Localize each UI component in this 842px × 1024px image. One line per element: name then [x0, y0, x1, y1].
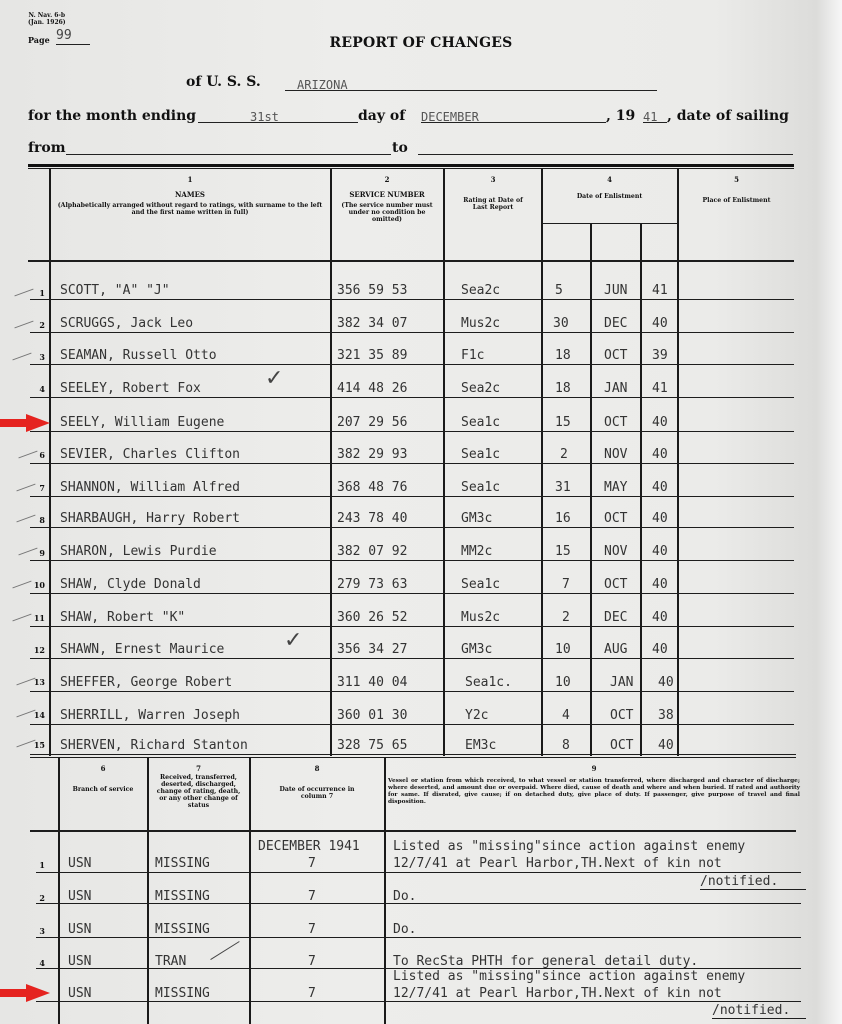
- service-number-cell: 382 34 07: [337, 316, 407, 332]
- enlist-year-cell: 40: [652, 447, 668, 463]
- enlist-month-cell: OCT: [610, 708, 633, 724]
- remark-line: Do.: [393, 889, 416, 904]
- row-number: 2: [31, 893, 45, 903]
- enlist-day-cell: 18: [555, 381, 571, 397]
- checkmark-icon: ✓: [284, 628, 302, 653]
- enlist-day-cell: 15: [555, 415, 571, 431]
- col-title: SERVICE NUMBER: [333, 191, 441, 198]
- service-number-cell: 207 29 56: [337, 415, 407, 431]
- table-top-border: [28, 164, 794, 167]
- service-number-cell: 368 48 76: [337, 480, 407, 496]
- row-line: [30, 496, 794, 497]
- name-cell: SHERRILL, Warren Joseph: [60, 708, 240, 724]
- enlist-month-cell: OCT: [604, 415, 627, 431]
- enlistment-subheader-line: [541, 223, 677, 224]
- report-title: REPORT OF CHANGES: [0, 35, 842, 51]
- name-cell: SHERVEN, Richard Stanton: [60, 738, 248, 754]
- enlist-day-cell: 2: [562, 610, 570, 626]
- enlist-day-cell: 15: [555, 544, 571, 560]
- col-header-names: 1 NAMES (Alphabetically arranged without…: [52, 176, 328, 216]
- tick-mark-icon: [12, 353, 31, 361]
- row-line: [30, 397, 794, 398]
- month-value: DECEMBER: [421, 110, 479, 124]
- row-line: [30, 691, 794, 692]
- enlist-year-cell: 40: [652, 480, 668, 496]
- enlist-year-cell: 40: [652, 577, 668, 593]
- name-cell: SEELY, William Eugene: [60, 415, 224, 431]
- upper-table-bottom: [30, 754, 796, 755]
- rating-cell: Mus2c: [461, 316, 500, 332]
- enlist-day-cell: 8: [562, 738, 570, 754]
- date-month-header: DECEMBER 1941: [258, 839, 360, 855]
- row-line: [36, 872, 801, 873]
- enlist-year-cell: 38: [658, 708, 674, 724]
- row-line: [30, 527, 794, 528]
- col-note: (The service number must under no condit…: [333, 202, 441, 223]
- enlist-year-cell: 40: [652, 415, 668, 431]
- day-field: 31st: [198, 106, 358, 123]
- enlist-month-cell: DEC: [604, 316, 627, 332]
- row-line: [30, 463, 794, 464]
- branch-cell: USN: [68, 922, 91, 938]
- service-number-cell: 311 40 04: [337, 675, 407, 691]
- row-number: 2: [31, 320, 45, 330]
- name-cell: SHAW, Clyde Donald: [60, 577, 201, 593]
- enlist-month-cell: NOV: [604, 544, 627, 560]
- rating-cell: Sea1c: [461, 447, 500, 463]
- row-number: 7: [31, 483, 45, 493]
- remark-line: To RecSta PHTH for general detail duty.: [393, 954, 698, 969]
- row-number: 9: [31, 548, 45, 558]
- row-number: 6: [31, 450, 45, 460]
- upper-table-bottom-double: [30, 757, 796, 758]
- enlist-month-cell: OCT: [604, 511, 627, 527]
- enlist-month-cell: OCT: [610, 738, 633, 754]
- col-header-service-number: 2 SERVICE NUMBER (The service number mus…: [333, 176, 441, 223]
- form-code-date: (Jan. 1926): [28, 19, 66, 26]
- row-line: [30, 658, 794, 659]
- enlist-year-cell: 40: [658, 675, 674, 691]
- col-divider: [541, 168, 543, 756]
- col-divider: [677, 168, 679, 756]
- remark-line: Listed as "missing"since action against …: [393, 839, 745, 854]
- col-title: Branch of service: [60, 786, 146, 793]
- col-divider: [147, 757, 149, 1024]
- enlist-year-cell: 40: [652, 610, 668, 626]
- col-divider: [249, 757, 251, 1024]
- service-number-cell: 382 07 92: [337, 544, 407, 560]
- col-divider: [443, 168, 445, 756]
- vessel-name: ARIZONA: [297, 78, 348, 92]
- month-field: DECEMBER: [421, 106, 606, 123]
- service-number-cell: 414 48 26: [337, 381, 407, 397]
- table-top-border-inner: [28, 168, 794, 169]
- row-number: 3: [31, 352, 45, 362]
- name-cell: SCOTT, "A" "J": [60, 283, 170, 299]
- row-line: [30, 364, 794, 365]
- col-number: 4: [543, 176, 676, 183]
- col-number: 1: [52, 176, 328, 183]
- col-title: Date of occurrence in column 7: [252, 786, 382, 800]
- rating-cell: Sea2c: [461, 283, 500, 299]
- lower-header-bottom-line: [30, 830, 796, 832]
- row-line: [30, 431, 794, 432]
- enlist-month-cell: JUN: [604, 283, 627, 299]
- enlist-year-cell: 40: [652, 544, 668, 560]
- enlist-day-cell: 30: [553, 316, 569, 332]
- remark-line: /notified.: [712, 1003, 790, 1018]
- status-cell: MISSING: [155, 986, 210, 1002]
- col-number: 9: [388, 765, 800, 772]
- date-cell: 7: [308, 922, 316, 938]
- service-number-cell: 382 29 93: [337, 447, 407, 463]
- col-number: 7: [150, 765, 247, 772]
- col-header-place: 5 Place of Enlistment: [679, 176, 794, 204]
- rating-cell: Mus2c: [461, 610, 500, 626]
- col-divider: [330, 168, 332, 756]
- col-number: 5: [679, 176, 794, 183]
- row-number: 4: [31, 384, 45, 394]
- branch-cell: USN: [68, 986, 91, 1002]
- row-number: 13: [31, 677, 45, 687]
- col-title: NAMES: [52, 191, 328, 198]
- day-value: 31st: [250, 110, 279, 124]
- col-header-status: 7 Received, transferred, deserted, disch…: [150, 765, 247, 809]
- enlist-month-cell: DEC: [604, 610, 627, 626]
- col-number: 3: [446, 176, 540, 183]
- row-number: 15: [31, 740, 45, 750]
- row-line: [30, 724, 794, 725]
- tick-mark-icon: [12, 581, 31, 589]
- year-field: 41: [643, 106, 667, 123]
- date-cell: 7: [308, 986, 316, 1002]
- name-cell: SHEFFER, George Robert: [60, 675, 232, 691]
- enlist-year-cell: 41: [652, 381, 668, 397]
- tick-mark-icon: [12, 614, 31, 622]
- remark-line: /notified.: [700, 874, 778, 889]
- rating-cell: EM3c: [465, 738, 496, 754]
- enlist-year-cell: 41: [652, 283, 668, 299]
- name-cell: SHARBAUGH, Harry Robert: [60, 511, 240, 527]
- row-line: [30, 560, 794, 561]
- service-number-cell: 360 01 30: [337, 708, 407, 724]
- row-number: 4: [31, 958, 45, 968]
- service-number-cell: 328 75 65: [337, 738, 407, 754]
- enlist-day-cell: 18: [555, 348, 571, 364]
- remark-line: Do.: [393, 922, 416, 937]
- name-cell: SEAMAN, Russell Otto: [60, 348, 217, 364]
- name-cell: SHAW, Robert "K": [60, 610, 185, 626]
- enlist-day-cell: 2: [560, 447, 568, 463]
- form-code: N. Nav. 6-b (Jan. 1926): [28, 12, 66, 26]
- month-ending-label: for the month ending: [28, 108, 196, 124]
- form-code-number: N. Nav. 6-b: [28, 12, 66, 19]
- remark-line: 12/7/41 at Pearl Harbor,TH.Next of kin n…: [393, 856, 722, 871]
- name-cell: SHARON, Lewis Purdie: [60, 544, 217, 560]
- row-number: 14: [31, 710, 45, 720]
- enlist-month-cell: OCT: [604, 348, 627, 364]
- col-number: 8: [252, 765, 382, 772]
- col-note: (Alphabetically arranged without regard …: [52, 202, 328, 216]
- enlist-month-cell: JAN: [604, 381, 627, 397]
- rating-cell: Sea1c.: [465, 675, 512, 691]
- service-number-cell: 279 73 63: [337, 577, 407, 593]
- checkmark-icon: ✓: [265, 366, 283, 391]
- sailing-label: , date of sailing: [667, 108, 789, 124]
- remark-line: 12/7/41 at Pearl Harbor,TH.Next of kin n…: [393, 986, 722, 1001]
- name-cell: SCRUGGS, Jack Leo: [60, 316, 193, 332]
- enlist-year-cell: 40: [652, 511, 668, 527]
- row-line: [30, 299, 794, 300]
- row-line: [700, 889, 806, 890]
- col-divider: [590, 224, 592, 756]
- enlist-day-cell: 5: [555, 283, 563, 299]
- enlist-year-cell: 40: [658, 738, 674, 754]
- rating-cell: GM3c: [461, 642, 492, 658]
- row-number: 11: [31, 613, 45, 623]
- enlist-year-cell: 40: [652, 642, 668, 658]
- service-number-cell: 243 78 40: [337, 511, 407, 527]
- status-cell: MISSING: [155, 856, 210, 872]
- service-number-cell: 321 35 89: [337, 348, 407, 364]
- enlist-month-cell: JAN: [610, 675, 633, 691]
- service-number-cell: 356 59 53: [337, 283, 407, 299]
- col-divider: [58, 757, 60, 1024]
- row-number: 12: [31, 645, 45, 655]
- row-number: 1: [31, 860, 45, 870]
- rating-cell: GM3c: [461, 511, 492, 527]
- vessel-label: of U. S. S.: [186, 74, 261, 90]
- col-number: 2: [333, 176, 441, 183]
- rating-cell: Sea2c: [461, 381, 500, 397]
- rating-cell: F1c: [461, 348, 484, 364]
- row-number: 3: [31, 926, 45, 936]
- col-divider: [49, 168, 51, 756]
- enlist-month-cell: MAY: [604, 480, 627, 496]
- service-number-cell: 356 34 27: [337, 642, 407, 658]
- header-bottom-line: [28, 260, 794, 262]
- row-number: 8: [31, 515, 45, 525]
- col-divider: [384, 757, 386, 1024]
- col-title: Received, transferred, deserted, dischar…: [150, 774, 247, 809]
- year-prefix: , 19: [606, 108, 635, 124]
- rating-cell: Y2c: [465, 708, 488, 724]
- rating-cell: MM2c: [461, 544, 492, 560]
- enlist-year-cell: 40: [652, 316, 668, 332]
- col-header-date: 8 Date of occurrence in column 7: [252, 765, 382, 800]
- to-field: [418, 138, 793, 155]
- pen-stroke-icon: [210, 941, 239, 960]
- col-header-rating: 3 Rating at Date of Last Report: [446, 176, 540, 211]
- from-field: [66, 138, 391, 155]
- row-line: [36, 937, 801, 938]
- enlist-day-cell: 4: [562, 708, 570, 724]
- enlist-month-cell: NOV: [604, 447, 627, 463]
- year-value: 41: [643, 110, 657, 124]
- service-number-cell: 360 26 52: [337, 610, 407, 626]
- name-cell: SHANNON, William Alfred: [60, 480, 240, 496]
- rating-cell: Sea1c: [461, 415, 500, 431]
- enlist-day-cell: 31: [555, 480, 571, 496]
- enlist-year-cell: 39: [652, 348, 668, 364]
- enlist-month-cell: AUG: [604, 642, 627, 658]
- col-divider: [640, 224, 642, 756]
- col-header-remarks: 9 Vessel or station from which received,…: [388, 765, 800, 806]
- to-label: to: [392, 140, 408, 156]
- enlist-day-cell: 10: [555, 675, 571, 691]
- date-cell: 7: [308, 856, 316, 872]
- row-number: 10: [31, 580, 45, 590]
- col-title: Date of Enlistment: [543, 193, 676, 200]
- col-title: Rating at Date of Last Report: [446, 197, 540, 211]
- from-label: from: [28, 140, 66, 156]
- enlist-day-cell: 16: [555, 511, 571, 527]
- row-line: [712, 1018, 806, 1019]
- enlist-day-cell: 10: [555, 642, 571, 658]
- document-page: N. Nav. 6-b (Jan. 1926) Page 99 REPORT O…: [0, 0, 842, 1024]
- row-line: [30, 593, 794, 594]
- remark-line: Listed as "missing"since action against …: [393, 969, 745, 984]
- vessel-field: ARIZONA: [285, 74, 657, 91]
- row-number: 1: [31, 288, 45, 298]
- col-number: 6: [60, 765, 146, 772]
- name-cell: SHAWN, Ernest Maurice: [60, 642, 224, 658]
- name-cell: SEELEY, Robert Fox: [60, 381, 201, 397]
- rating-cell: Sea1c: [461, 577, 500, 593]
- row-line: [30, 626, 794, 627]
- branch-cell: USN: [68, 856, 91, 872]
- day-of-label: day of: [358, 108, 405, 124]
- col-title: Vessel or station from which received, t…: [388, 778, 800, 806]
- row-line: [36, 903, 801, 904]
- enlist-day-cell: 7: [562, 577, 570, 593]
- enlist-month-cell: OCT: [604, 577, 627, 593]
- col-title: Place of Enlistment: [679, 197, 794, 204]
- name-cell: SEVIER, Charles Clifton: [60, 447, 240, 463]
- rating-cell: Sea1c: [461, 480, 500, 496]
- row-line: [30, 332, 794, 333]
- col-header-enlistment-date: 4 Date of Enlistment: [543, 176, 676, 200]
- status-cell: MISSING: [155, 922, 210, 938]
- col-header-branch: 6 Branch of service: [60, 765, 146, 793]
- row-line: [36, 1001, 801, 1002]
